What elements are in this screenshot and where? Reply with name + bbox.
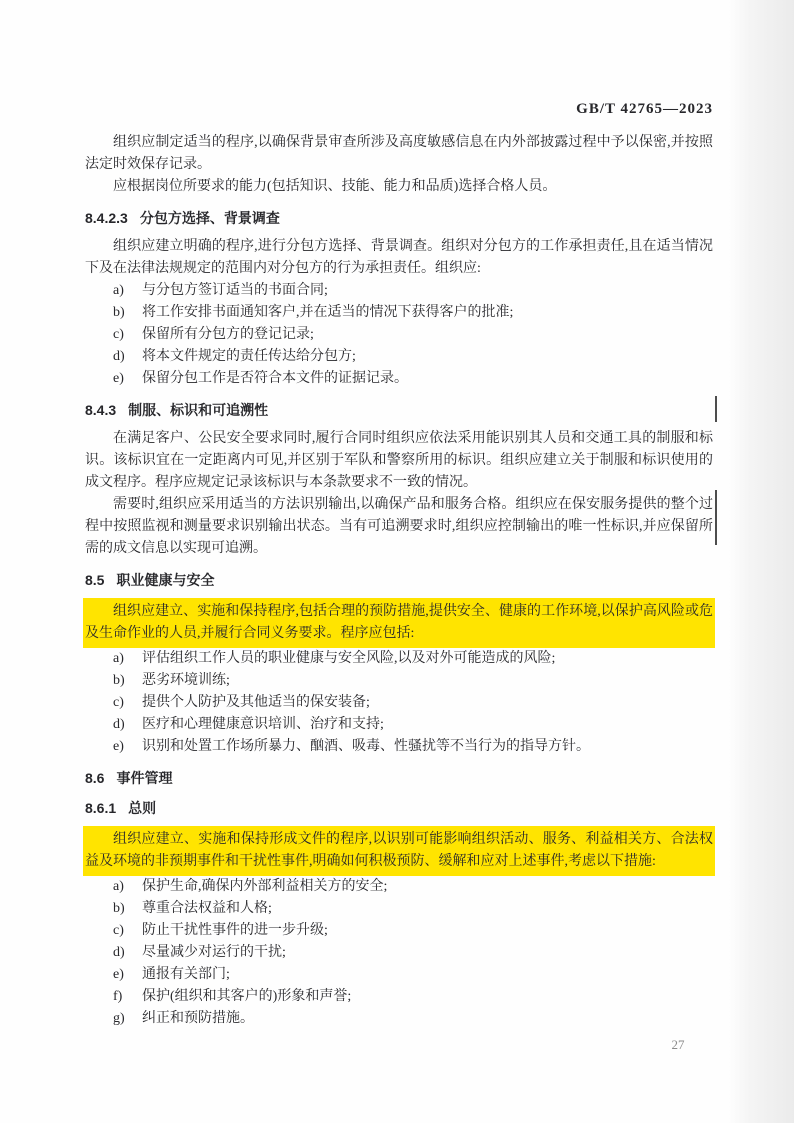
- section-8-4-3-paragraph-1: 在满足客户、公民安全要求同时,履行合同时组织应依法采用能识别其人员和交通工具的制…: [85, 428, 713, 494]
- section-heading-8-6: 8.6事件管理: [85, 768, 713, 788]
- section-heading-8-4-3: 8.4.3制服、标识和可追溯性: [85, 400, 713, 420]
- list-item-text: 与分包方签订适当的书面合同;: [142, 280, 713, 302]
- list-item: e)保留分包工作是否符合本文件的证据记录。: [85, 368, 713, 390]
- list-item-label: b): [113, 898, 142, 920]
- list-item-text: 识别和处置工作场所暴力、酗酒、吸毒、性骚扰等不当行为的指导方针。: [142, 736, 713, 758]
- section-8-4-3-paragraph-2: 需要时,组织应采用适当的方法识别输出,以确保产品和服务合格。组织应在保安服务提供…: [85, 494, 713, 560]
- list-item-label: a): [113, 648, 142, 670]
- section-number: 8.4.3: [85, 402, 116, 418]
- list-item-text: 保留所有分包方的登记记录;: [142, 324, 713, 346]
- list-item-text: 将本文件规定的责任传达给分包方;: [142, 346, 713, 368]
- list-item-label: e): [113, 964, 142, 986]
- section-number: 8.4.2.3: [85, 210, 128, 226]
- list-item-label: e): [113, 368, 142, 390]
- revision-change-bar: [715, 396, 717, 422]
- page-content: GB/T 42765—2023 组织应制定适当的程序,以确保背景审查所涉及高度敏…: [85, 0, 713, 1030]
- section-8-4-2-3-list: a)与分包方签订适当的书面合同; b)将工作安排书面通知客户,并在适当的情况下获…: [85, 280, 713, 390]
- section-title: 事件管理: [116, 770, 172, 786]
- list-item: d)将本文件规定的责任传达给分包方;: [85, 346, 713, 368]
- list-item-label: b): [113, 302, 142, 324]
- list-item-text: 将工作安排书面通知客户,并在适当的情况下获得客户的批准;: [142, 302, 713, 324]
- list-item-label: c): [113, 920, 142, 942]
- list-item: b)将工作安排书面通知客户,并在适当的情况下获得客户的批准;: [85, 302, 713, 324]
- list-item-label: a): [113, 876, 142, 898]
- list-item-label: a): [113, 280, 142, 302]
- page-edge-shadow: [728, 0, 794, 1123]
- list-item-label: g): [113, 1008, 142, 1030]
- section-title: 制服、标识和可追溯性: [128, 402, 268, 418]
- list-item-text: 通报有关部门;: [142, 964, 713, 986]
- list-item-text: 保护生命,确保内外部利益相关方的安全;: [142, 876, 713, 898]
- list-item: b)恶劣环境训练;: [85, 670, 713, 692]
- list-item: a)与分包方签订适当的书面合同;: [85, 280, 713, 302]
- list-item-text: 评估组织工作人员的职业健康与安全风险,以及对外可能造成的风险;: [142, 648, 713, 670]
- list-item: c)提供个人防护及其他适当的保安装备;: [85, 692, 713, 714]
- list-item-label: c): [113, 692, 142, 714]
- section-heading-8-4-2-3: 8.4.2.3分包方选择、背景调查: [85, 208, 713, 228]
- section-8-4-2-3-paragraph: 组织应建立明确的程序,进行分包方选择、背景调查。组织对分包方的工作承担责任,且在…: [85, 236, 713, 280]
- list-item: f)保护(组织和其客户的)形象和声誉;: [85, 986, 713, 1008]
- section-8-5-list: a)评估组织工作人员的职业健康与安全风险,以及对外可能造成的风险; b)恶劣环境…: [85, 648, 713, 758]
- list-item-text: 提供个人防护及其他适当的保安装备;: [142, 692, 713, 714]
- page-number: 27: [659, 1037, 697, 1053]
- list-item: e)通报有关部门;: [85, 964, 713, 986]
- section-8-6-1-list: a)保护生命,确保内外部利益相关方的安全; b)尊重合法权益和人格; c)防止干…: [85, 876, 713, 1030]
- list-item-label: f): [113, 986, 142, 1008]
- list-item: a)保护生命,确保内外部利益相关方的安全;: [85, 876, 713, 898]
- list-item-label: d): [113, 346, 142, 368]
- section-number: 8.5: [85, 572, 104, 588]
- highlighted-paragraph-8-5: 组织应建立、实施和保持程序,包括合理的预防措施,提供安全、健康的工作环境,以保护…: [83, 598, 715, 648]
- list-item: a)评估组织工作人员的职业健康与安全风险,以及对外可能造成的风险;: [85, 648, 713, 670]
- list-item: c)保留所有分包方的登记记录;: [85, 324, 713, 346]
- document-code-header: GB/T 42765—2023: [85, 98, 713, 120]
- list-item: c)防止干扰性事件的进一步升级;: [85, 920, 713, 942]
- list-item: b)尊重合法权益和人格;: [85, 898, 713, 920]
- list-item-label: d): [113, 714, 142, 736]
- section-number: 8.6: [85, 770, 104, 786]
- section-title: 职业健康与安全: [116, 572, 214, 588]
- section-heading-8-6-1: 8.6.1总则: [85, 798, 713, 818]
- list-item-text: 尊重合法权益和人格;: [142, 898, 713, 920]
- list-item-text: 保留分包工作是否符合本文件的证据记录。: [142, 368, 713, 390]
- list-item-label: b): [113, 670, 142, 692]
- list-item-label: e): [113, 736, 142, 758]
- list-item-text: 恶劣环境训练;: [142, 670, 713, 692]
- list-item-text: 防止干扰性事件的进一步升级;: [142, 920, 713, 942]
- section-heading-8-5: 8.5职业健康与安全: [85, 570, 713, 590]
- highlighted-paragraph-8-6-1: 组织应建立、实施和保持形成文件的程序,以识别可能影响组织活动、服务、利益相关方、…: [83, 826, 715, 876]
- list-item: g)纠正和预防措施。: [85, 1008, 713, 1030]
- list-item-label: d): [113, 942, 142, 964]
- section-title: 总则: [128, 800, 156, 816]
- section-title: 分包方选择、背景调查: [140, 210, 280, 226]
- list-item: e)识别和处置工作场所暴力、酗酒、吸毒、性骚扰等不当行为的指导方针。: [85, 736, 713, 758]
- list-item: d)尽量减少对运行的干扰;: [85, 942, 713, 964]
- section-number: 8.6.1: [85, 800, 116, 816]
- list-item: d)医疗和心理健康意识培训、治疗和支持;: [85, 714, 713, 736]
- list-item-label: c): [113, 324, 142, 346]
- intro-paragraph-2: 应根据岗位所要求的能力(包括知识、技能、能力和品质)选择合格人员。: [85, 176, 713, 198]
- list-item-text: 纠正和预防措施。: [142, 1008, 713, 1030]
- intro-paragraph-1: 组织应制定适当的程序,以确保背景审查所涉及高度敏感信息在内外部披露过程中予以保密…: [85, 132, 713, 176]
- list-item-text: 保护(组织和其客户的)形象和声誉;: [142, 986, 713, 1008]
- list-item-text: 医疗和心理健康意识培训、治疗和支持;: [142, 714, 713, 736]
- list-item-text: 尽量减少对运行的干扰;: [142, 942, 713, 964]
- revision-change-bar: [715, 490, 717, 545]
